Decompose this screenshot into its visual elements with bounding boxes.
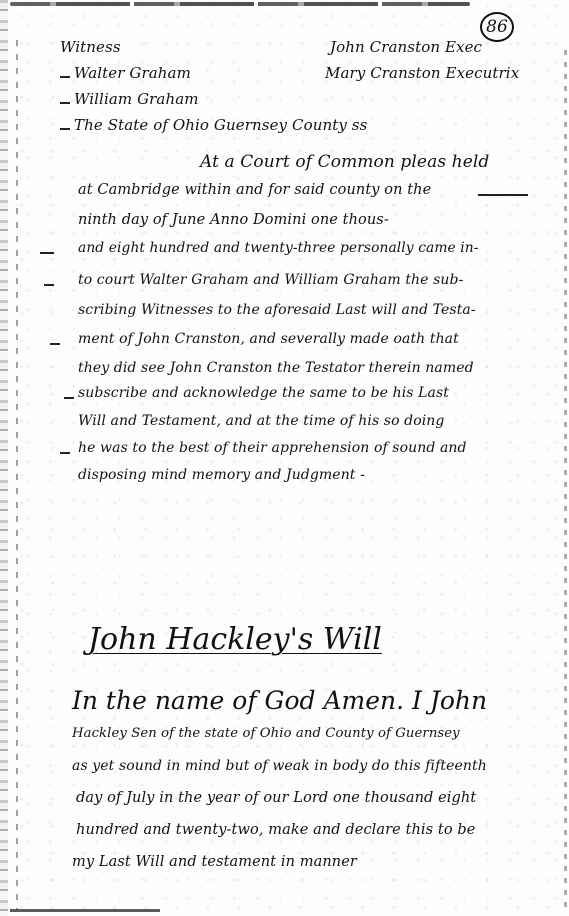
will-opening: In the name of God Amen. I John	[72, 686, 487, 715]
will-line: day of July in the year of our Lord one …	[76, 790, 476, 806]
document-page: 86 Witness John Cranston Exec Walter Gra…	[0, 0, 569, 916]
page-bottom-edge	[10, 909, 160, 912]
page-binding-line	[16, 40, 18, 910]
record-line: at Cambridge within and for said county …	[78, 182, 431, 198]
record-line: At a Court of Common pleas held	[200, 152, 489, 172]
page-number: 86	[480, 12, 514, 42]
witness-name: William Graham	[74, 90, 199, 108]
page-top-edge	[10, 2, 470, 6]
signatory-executor: John Cranston Exec	[330, 38, 482, 56]
record-line: and eight hundred and twenty-three perso…	[78, 240, 479, 256]
witness-name: Walter Graham	[74, 64, 191, 82]
witness-label: Witness	[60, 38, 121, 56]
margin-dash	[50, 343, 60, 345]
record-line: he was to the best of their apprehension…	[78, 440, 467, 456]
margin-dash	[60, 102, 70, 104]
will-heading: John Hackley's Will	[88, 622, 382, 657]
page-left-edge	[0, 0, 8, 916]
county-caption: The State of Ohio Guernsey County ss	[74, 116, 367, 134]
record-line: ninth day of June Anno Domini one thous-	[78, 212, 389, 228]
will-line: Hackley Sen of the state of Ohio and Cou…	[72, 726, 460, 741]
margin-dash	[60, 128, 70, 130]
page-right-edge	[564, 50, 567, 910]
will-line: as yet sound in mind but of weak in body…	[72, 758, 487, 774]
margin-dash	[44, 284, 54, 286]
line-filler	[478, 194, 528, 196]
record-line: disposing mind memory and Judgment -	[78, 467, 365, 483]
margin-dash	[40, 252, 54, 254]
record-line: to court Walter Graham and William Graha…	[78, 272, 463, 288]
will-line: hundred and twenty-two, make and declare…	[76, 822, 475, 838]
margin-dash	[60, 452, 70, 454]
margin-dash	[60, 76, 70, 78]
record-line: they did see John Cranston the Testator …	[78, 360, 474, 376]
record-line: subscribe and acknowledge the same to be…	[78, 385, 449, 401]
record-line: Will and Testament, and at the time of h…	[78, 413, 445, 429]
record-line: ment of John Cranston, and severally mad…	[78, 331, 459, 347]
record-line: scribing Witnesses to the aforesaid Last…	[78, 302, 476, 318]
will-line: my Last Will and testament in manner	[72, 854, 357, 870]
margin-dash	[64, 397, 74, 399]
signatory-executrix: Mary Cranston Executrix	[325, 64, 519, 82]
